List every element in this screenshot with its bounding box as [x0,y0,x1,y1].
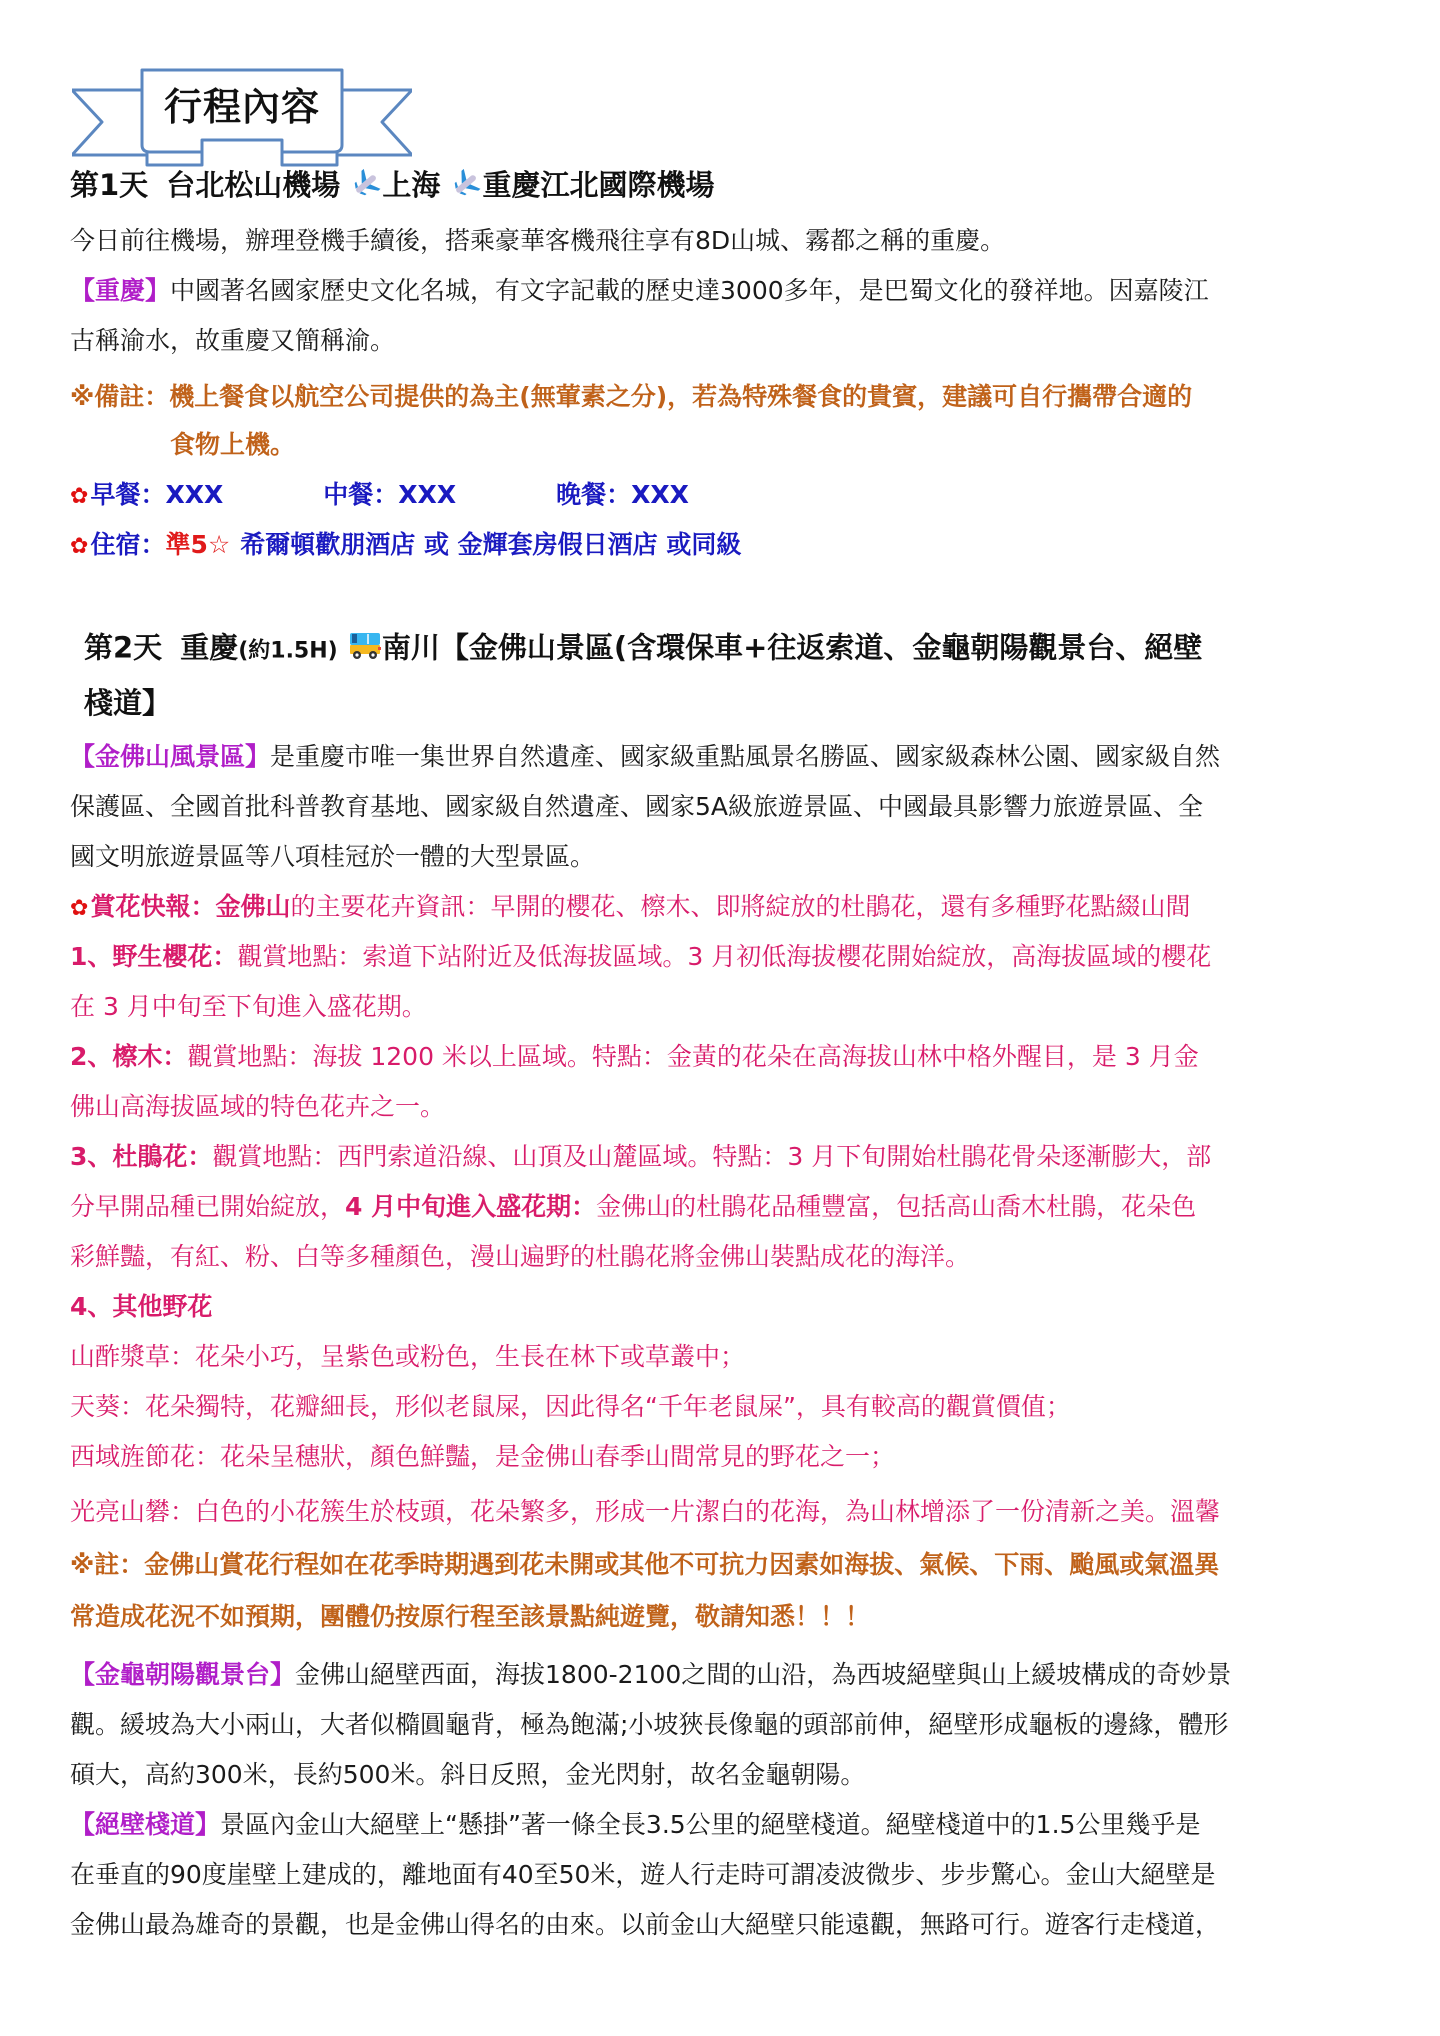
day1-intro: 今日前往機場，辦理登機手續後，搭乘豪華客機飛往享有8D山城、霧都之稱的重慶。 [70,224,1005,258]
flower-report-label: 賞花快報： [90,892,215,921]
flower-item-text: 觀賞地點：西門索道沿線、山頂及山麓區域。特點：3 月下旬開始杜鵑花骨朵逐漸膨大，… [212,1142,1211,1171]
turtle-paragraph-line2: 觀。緩坡為大小兩山，大者似橢圓龜背，極為飽滿;小坡狹長像龜的頭部前伸，絕壁形成龜… [70,1708,1228,1742]
section-banner: 行程內容 [72,60,412,180]
banner-title: 行程內容 [162,76,322,131]
flower-item-text: 觀賞地點：海拔 1200 米以上區域。特點：金黃的花朵在高海拔山林中格外醒目，是… [187,1042,1198,1071]
day1-origin: 台北松山機場 [166,168,340,202]
flower-item-1-line1: 1、野生櫻花：觀賞地點：索道下站附近及低海拔區域。3 月初低海拔櫻花開始綻放，高… [70,940,1211,974]
scenic-tag: 【金佛山風景區】 [70,742,270,771]
flower-item-text: 分早開品種已開始綻放， [70,1192,345,1221]
flower-report: ✿賞花快報：金佛山的主要花卉資訊：早開的櫻花、檫木、即將綻放的杜鵑花，還有多種野… [70,890,1190,926]
chongqing-paragraph-line2: 古稱渝水，故重慶又簡稱渝。 [70,324,395,358]
chongqing-text: 中國著名國家歷史文化名城，有文字記載的歷史達3000多年，是巴蜀文化的發祥地。因… [170,276,1209,305]
day1-destination: 重慶江北國際機場 [482,168,714,202]
flower-item-2-line2: 佛山高海拔區域的特色花卉之一。 [70,1090,445,1124]
day2-label: 第2天 [84,631,162,665]
flower-item-text: 觀賞地點：索道下站附近及低海拔區域。3 月初低海拔櫻花開始綻放，高海拔區域的櫻花 [237,942,1211,971]
dinner: 晚餐：XXX [556,480,689,509]
airplane-icon [450,169,482,206]
scenic-paragraph-line3: 國文明旅遊景區等八項桂冠於一體的大型景區。 [70,840,595,874]
cliff-paragraph-line3: 金佛山最為雄奇的景觀，也是金佛山得名的由來。以前金山大絕壁只能遠觀，無路可行。遊… [70,1908,1220,1942]
meal-note-line1: ※備註：機上餐食以航空公司提供的為主(無葷素之分)，若為特殊餐食的貴賓，建議可自… [70,380,1192,414]
cliff-paragraph-line2: 在垂直的90度崖壁上建成的，離地面有40至50米，遊人行走時可謂凌波微步、步步驚… [70,1858,1215,1892]
breakfast: 早餐：XXX [90,480,223,509]
flower-report-text: 的主要花卉資訊：早開的櫻花、檫木、即將綻放的杜鵑花，還有多種野花點綴山間 [290,892,1190,921]
turtle-paragraph-line1: 【金龜朝陽觀景台】金佛山絕壁西面，海拔1800-2100之間的山沿，為西坡絕壁與… [70,1658,1231,1692]
flower-item-title: 2、檫木： [70,1042,187,1071]
flower-item-title: 1、野生櫻花： [70,942,237,971]
wildflower-line: 光亮山礬：白色的小花簇生於枝頭，花朵繁多，形成一片潔白的花海，為山林增添了一份清… [70,1495,1220,1529]
flower-item-2-line1: 2、檫木：觀賞地點：海拔 1200 米以上區域。特點：金黃的花朵在高海拔山林中格… [70,1040,1199,1074]
turtle-text: 金佛山絕壁西面，海拔1800-2100之間的山沿，為西坡絕壁與山上緩坡構成的奇妙… [295,1660,1231,1689]
cliff-text: 景區內金山大絕壁上“懸掛”著一條全長3.5公里的絕壁棧道。絕壁棧道中的1.5公里… [220,1810,1200,1839]
cliff-paragraph-line1: 【絕壁棧道】景區內金山大絕壁上“懸掛”著一條全長3.5公里的絕壁棧道。絕壁棧道中… [70,1808,1200,1842]
chongqing-paragraph-line1: 【重慶】中國著名國家歷史文化名城，有文字記載的歷史達3000多年，是巴蜀文化的發… [70,274,1209,308]
wildflower-line: 西域旌節花：花朵呈穗狀，顏色鮮豔，是金佛山春季山間常見的野花之一； [70,1440,895,1474]
bus-icon [348,630,382,669]
lunch: 中餐：XXX [323,480,456,509]
scenic-text: 是重慶市唯一集世界自然遺產、國家級重點風景名勝區、國家級森林公園、國家級自然 [270,742,1220,771]
wildflower-line: 山酢漿草：花朵小巧，呈紫色或粉色，生長在林下或草叢中； [70,1340,745,1374]
flower-icon: ✿ [70,534,88,559]
flower-disclaimer-line1: ※註：金佛山賞花行程如在花季時期遇到花未開或其他不可抗力因素如海拔、氣候、下雨、… [70,1548,1219,1582]
flower-item-3-line3: 彩鮮豔，有紅、粉、白等多種顏色，漫山遍野的杜鵑花將金佛山裝點成花的海洋。 [70,1240,970,1274]
day2-title: 南川【金佛山景區(含環保車+往返索道、金龜朝陽觀景台、絕壁 [382,631,1203,665]
flower-disclaimer-line2: 常造成花況不如預期，團體仍按原行程至該景點純遊覽，敬請知悉！！！ [70,1600,870,1634]
hotel-list: 希爾頓歡朋酒店 或 金輝套房假日酒店 或同級 [240,530,741,559]
chongqing-tag: 【重慶】 [70,276,170,305]
hotel-rating: 準5☆ [165,530,230,559]
day2-duration: (約1.5H) [238,639,338,664]
lodging-row: ✿住宿：準5☆希爾頓歡朋酒店 或 金輝套房假日酒店 或同級 [70,528,741,564]
meals-row: ✿早餐：XXX中餐：XXX晚餐：XXX [70,478,689,514]
turtle-tag: 【金龜朝陽觀景台】 [70,1660,295,1689]
day2-origin: 重慶 [180,631,238,665]
day1-label: 第1天 [70,168,148,202]
day2-heading-line2: 棧道】 [84,686,171,720]
flower-icon: ✿ [70,484,88,509]
flower-item-3-line2: 分早開品種已開始綻放，4 月中旬進入盛花期：金佛山的杜鵑花品種豐富，包括高山喬木… [70,1190,1196,1224]
airplane-icon [350,169,382,206]
flower-item-highlight: 4 月中旬進入盛花期： [345,1192,596,1221]
flower-item-4-title: 4、其他野花 [70,1290,212,1324]
flower-item-3-line1: 3、杜鵑花：觀賞地點：西門索道沿線、山頂及山麓區域。特點：3 月下旬開始杜鵑花骨… [70,1140,1211,1174]
day1-transit: 上海 [382,168,440,202]
lodging-label: 住宿： [90,530,165,559]
flower-report-place: 金佛山 [215,892,290,921]
wildflower-line: 天葵：花朵獨特，花瓣細長，形似老鼠屎，因此得名“千年老鼠屎”，具有較高的觀賞價值… [70,1390,1071,1424]
flower-icon: ✿ [70,896,88,921]
meal-note-line2: 食物上機。 [170,428,295,462]
scenic-paragraph-line2: 保護區、全國首批科普教育基地、國家級自然遺產、國家5A級旅遊景區、中國最具影響力… [70,790,1203,824]
flower-item-text: 金佛山的杜鵑花品種豐富，包括高山喬木杜鵑，花朵色 [596,1192,1196,1221]
turtle-paragraph-line3: 碩大，高約300米，長約500米。斜日反照，金光閃射，故名金龜朝陽。 [70,1758,865,1792]
scenic-paragraph-line1: 【金佛山風景區】是重慶市唯一集世界自然遺產、國家級重點風景名勝區、國家級森林公園… [70,740,1220,774]
cliff-tag: 【絕壁棧道】 [70,1810,220,1839]
day2-heading-line1: 第2天重慶(約1.5H) 南川【金佛山景區(含環保車+往返索道、金龜朝陽觀景台、… [84,630,1202,669]
flower-item-1-line2: 在 3 月中旬至下旬進入盛花期。 [70,990,427,1024]
flower-item-title: 3、杜鵑花： [70,1142,212,1171]
day1-heading: 第1天台北松山機場 上海 重慶江北國際機場 [70,168,714,206]
